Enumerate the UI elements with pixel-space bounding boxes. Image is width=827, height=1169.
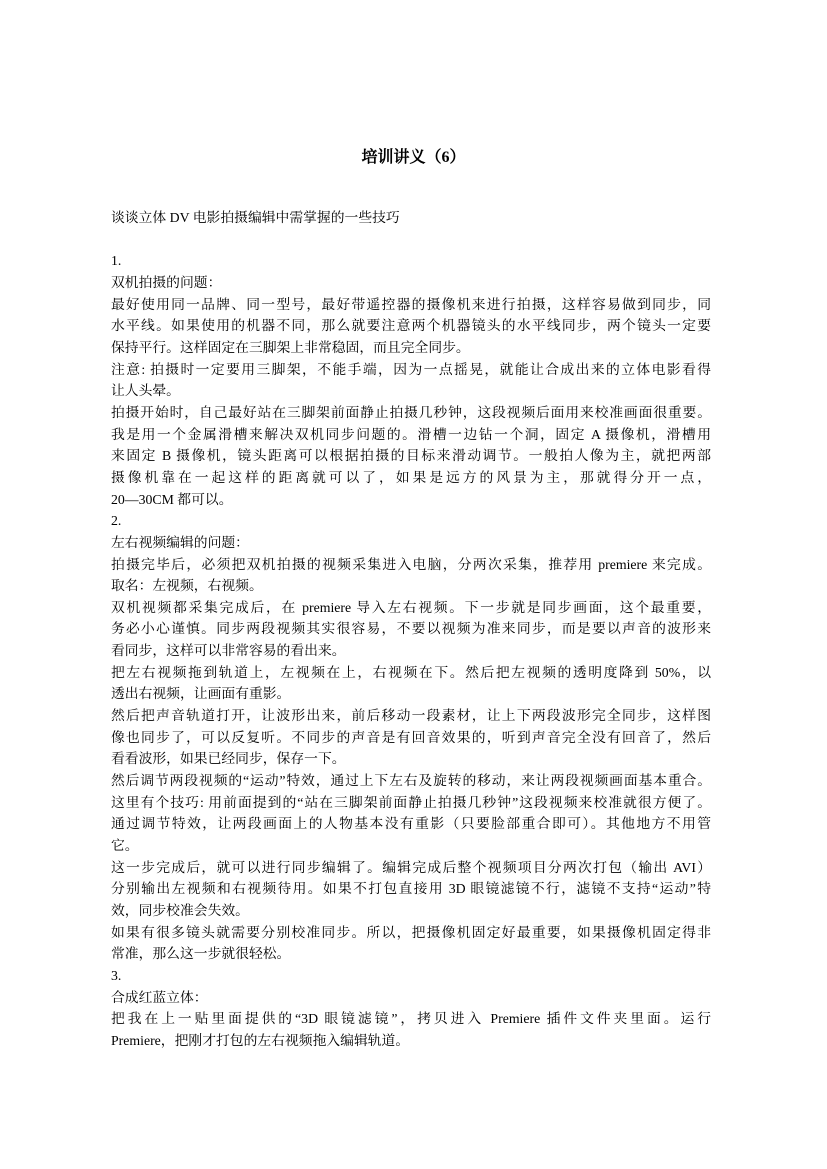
text-line: 看看波形，如果已经同步，保存一下。 bbox=[111, 748, 711, 770]
text-line: 常准，那么这一步就很轻松。 bbox=[111, 943, 711, 965]
text-line: 如果有很多镜头就需要分别校准同步。所以，把摄像机固定好最重要，如果摄像机固定得非 bbox=[111, 922, 711, 944]
text-line: 然后把声音轨道打开，让波形出来，前后移动一段素材，让上下两段波形完全同步，这样图 bbox=[111, 705, 711, 727]
text-line: 这一步完成后，就可以进行同步编辑了。编辑完成后整个视频项目分两次打包（输出 AV… bbox=[111, 857, 711, 879]
text-line: 这里有个技巧: 用前面提到的“站在三脚架前面静止拍摄几秒钟”这段视频来校准就很方… bbox=[111, 792, 711, 814]
text-line: 拍摄完毕后，必须把双机拍摄的视频采集进入电脑，分两次采集，推荐用 premier… bbox=[111, 554, 711, 576]
text-line: 1. bbox=[111, 250, 711, 272]
text-line: 拍摄开始时，自己最好站在三脚架前面静止拍摄几秒钟，这段视频后面用来校准画面很重要… bbox=[111, 402, 711, 424]
text-line: 它。 bbox=[111, 835, 711, 857]
text-line: 我是用一个金属滑槽来解决双机同步问题的。滑槽一边钻一个洞，固定 A 摄像机，滑槽… bbox=[111, 424, 711, 446]
text-line: Premiere，把刚才打包的左右视频拖入编辑轨道。 bbox=[111, 1030, 711, 1052]
text-line: 最好使用同一品牌、同一型号，最好带遥控器的摄像机来进行拍摄，这样容易做到同步，同 bbox=[111, 294, 711, 316]
text-line: 水平线。如果使用的机器不同，那么就要注意两个机器镜头的水平线同步，两个镜头一定要 bbox=[111, 315, 711, 337]
text-line: 然后调节两段视频的“运动”特效，通过上下左右及旋转的移动，来让两段视频画面基本重… bbox=[111, 770, 711, 792]
text-line: 2. bbox=[111, 510, 711, 532]
text-line: 来固定 B 摄像机，镜头距离可以根据拍摄的目标来滑动调节。一般拍人像为主，就把两… bbox=[111, 445, 711, 467]
text-line: 摄像机靠在一起这样的距离就可以了，如果是远方的风景为主，那就得分开一点， bbox=[111, 467, 711, 489]
text-line: 让人头晕。 bbox=[111, 380, 711, 402]
text-line: 20—30CM 都可以。 bbox=[111, 489, 711, 511]
text-line: 效，同步校准会失效。 bbox=[111, 900, 711, 922]
text-line: 务必小心谨慎。同步两段视频其实很容易，不要以视频为准来同步，而是要以声音的波形来 bbox=[111, 618, 711, 640]
text-line: 透出右视频，让画面有重影。 bbox=[111, 683, 711, 705]
document-body: 谈谈立体 DV 电影拍摄编辑中需掌握的一些技巧1.双机拍摄的问题：最好使用同一品… bbox=[111, 207, 711, 1052]
text-line: 合成红蓝立体： bbox=[111, 987, 711, 1009]
text-line: 像也同步了，可以反复听。不同步的声音是有回音效果的，听到声音完全没有回音了，然后 bbox=[111, 727, 711, 749]
text-line: 3. bbox=[111, 965, 711, 987]
text-line: 双机拍摄的问题： bbox=[111, 272, 711, 294]
text-line: 谈谈立体 DV 电影拍摄编辑中需掌握的一些技巧 bbox=[111, 207, 711, 229]
text-line: 把左右视频拖到轨道上，左视频在上，右视频在下。然后把左视频的透明度降到 50%，… bbox=[111, 662, 711, 684]
text-line: 看同步，这样可以非常容易的看出来。 bbox=[111, 640, 711, 662]
text-line: 双机视频都采集完成后，在 premiere 导入左右视频。下一步就是同步画面，这… bbox=[111, 597, 711, 619]
text-line: 通过调节特效，让两段画面上的人物基本没有重影（只要脸部重合即可）。其他地方不用管 bbox=[111, 813, 711, 835]
text-line: 保持平行。这样固定在三脚架上非常稳固，而且完全同步。 bbox=[111, 337, 711, 359]
text-line: 左右视频编辑的问题： bbox=[111, 532, 711, 554]
text-line: 取名：左视频，右视频。 bbox=[111, 575, 711, 597]
text-line: 注意: 拍摄时一定要用三脚架，不能手端，因为一点摇晃，就能让合成出来的立体电影看… bbox=[111, 359, 711, 381]
document-page: 培训讲义（6） 谈谈立体 DV 电影拍摄编辑中需掌握的一些技巧1.双机拍摄的问题… bbox=[0, 0, 827, 1169]
text-line: 把我在上一贴里面提供的“3D 眼镜滤镜”，拷贝进入 Premiere 插件文件夹… bbox=[111, 1008, 711, 1030]
text-line: 分别输出左视频和右视频待用。如果不打包直接用 3D 眼镜滤镜不行，滤镜不支持“运… bbox=[111, 878, 711, 900]
document-title: 培训讲义（6） bbox=[0, 147, 827, 169]
text-line bbox=[111, 229, 711, 251]
